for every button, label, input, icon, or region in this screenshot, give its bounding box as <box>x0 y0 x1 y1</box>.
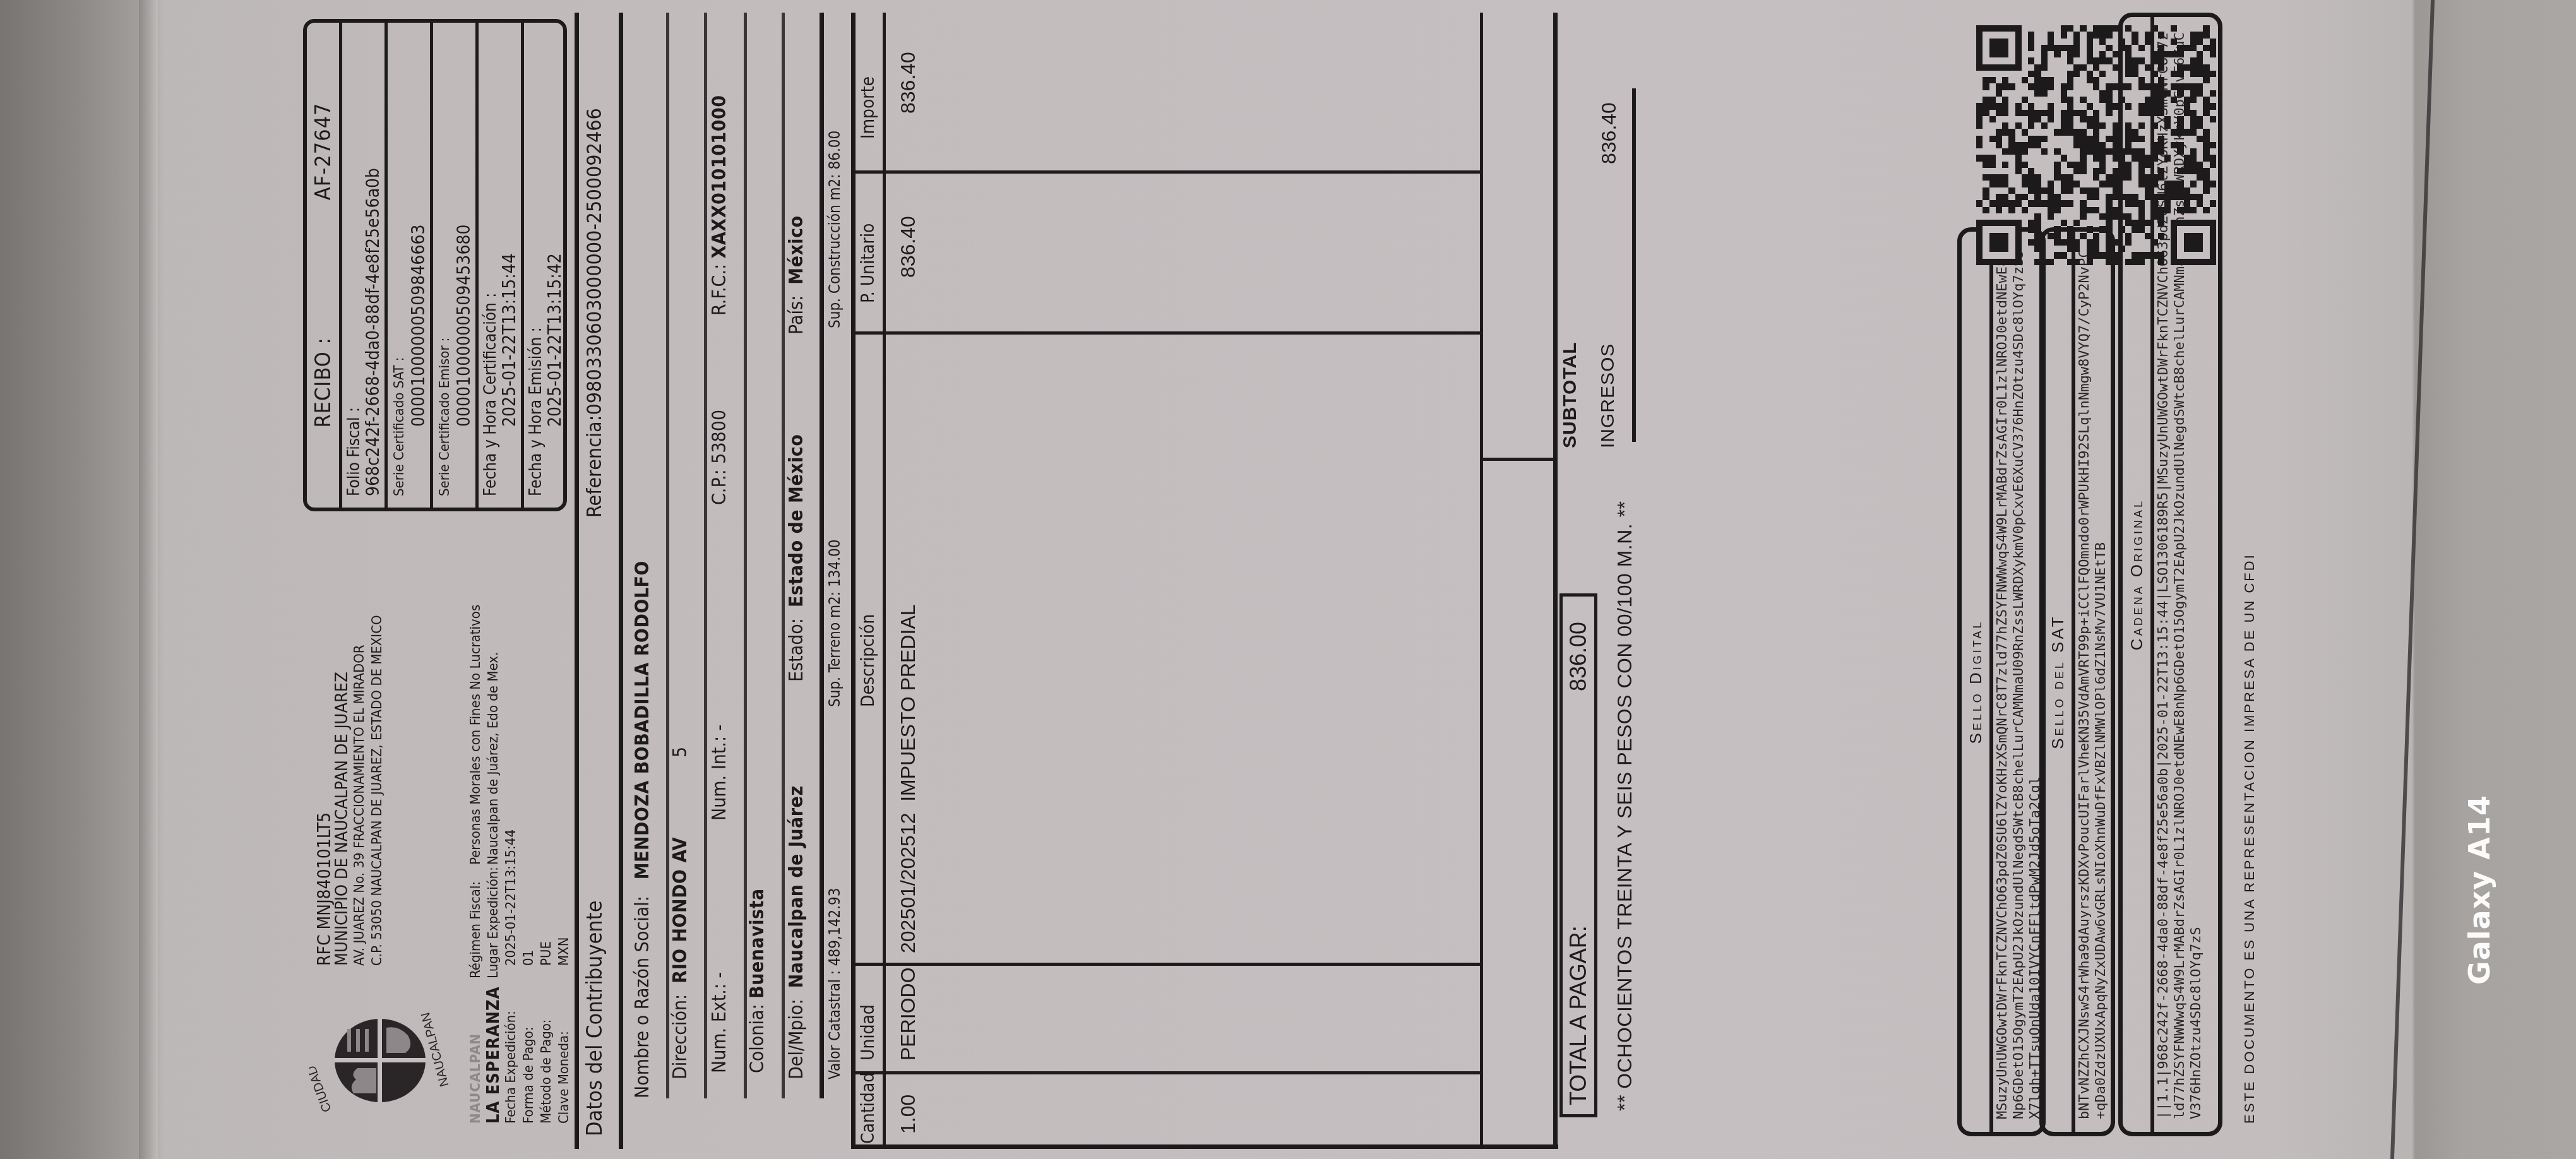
estado-value: Estado de México <box>785 434 808 607</box>
direccion-field: Dirección: RIO HONDO AV <box>669 837 691 1079</box>
fecha-expedicion-value: 2025-01-22T13:15:44 <box>503 829 520 978</box>
receipt-info-box: RECIBO : AF-27647 Folio Fiscal : 968c242… <box>303 19 567 511</box>
pais-value: México <box>785 215 808 284</box>
rfc-label: R.F.C.: <box>708 264 730 316</box>
divider <box>575 13 579 1149</box>
divider <box>619 13 623 1149</box>
colonia-label: Colonia: <box>746 1004 768 1073</box>
sello-sat-box: Sello del SAT bNTvNZZhCXJNswS4rWha9dAuyr… <box>2039 227 2115 1136</box>
total-a-pagar-box: TOTAL A PAGAR: 836.00 <box>1559 593 1597 1117</box>
folio-fiscal-value: 968c242f-2668-4da0-88df-4e8f25e56a0b <box>364 34 383 496</box>
col-divider <box>851 963 1482 966</box>
total-value: 836.00 <box>1565 622 1592 691</box>
estado-label: Estado: <box>785 618 808 682</box>
num-int-label: Num. Int.: <box>708 736 730 821</box>
serie-cert-sat-value: 00001000000509846663 <box>409 34 428 496</box>
referencia-label: Referencia: <box>582 415 606 518</box>
col-header-cantidad: Cantidad <box>857 1073 878 1144</box>
nombre-label: Nombre o Razón Social: <box>631 896 653 1098</box>
table-bottom-rule <box>1480 13 1483 1149</box>
num-ext-label: Num. Ext.: <box>708 984 730 1073</box>
forma-pago-label: Forma de Pago: <box>520 978 538 1124</box>
sello-sat-value: bNTvNZZhCXJNswS4rWha9dAuyrszKDXvPoucUIFa… <box>2075 232 2111 1132</box>
cell-unidad: PERIODO <box>897 967 920 1061</box>
slogan: LA ESPERANZA <box>485 978 503 1124</box>
naucalpan-crest-icon: CIUDAD NAUCALPAN <box>309 997 448 1124</box>
issuer-rfc: RFC MNJ840101LT5 <box>316 562 333 966</box>
sup-terreno-value: 134.00 <box>826 540 844 588</box>
table-top-rule <box>851 13 856 1149</box>
col-divider <box>851 1071 1482 1074</box>
municipio-value: Naucalpan de Juárez <box>785 785 808 988</box>
metodo-pago-value: PUE <box>538 941 556 978</box>
fecha-expedicion-label: Fecha Expedición: <box>503 978 520 1124</box>
rfc-value: XAXX010101000 <box>708 95 730 259</box>
fecha-cert-label: Fecha y Hora Certificación : <box>481 34 500 496</box>
colonia-value: Buenavista <box>746 888 768 999</box>
col-header-unidad: Unidad <box>857 1004 878 1061</box>
num-int-field: Num. Int.: - <box>708 725 730 821</box>
subtotal-label: SUBTOTAL <box>1559 342 1581 448</box>
regimen-label: Régimen Fiscal: <box>467 865 485 978</box>
ingresos-value: 836.40 <box>1597 102 1621 164</box>
num-ext-value: - <box>708 972 730 978</box>
serie-cert-emisor-label: Serie Certificado Emisor : <box>436 34 455 496</box>
estado-field: Estado: Estado de México <box>785 434 808 682</box>
device-watermark: Galaxy A14 <box>2462 795 2496 985</box>
issuer-address-line2: C.P. 53050 NAUCALPAN DE JUAREZ, ESTADO D… <box>369 562 386 966</box>
svg-text:CIUDAD: CIUDAD <box>309 1064 335 1114</box>
table-header-rule <box>883 13 886 1149</box>
forma-pago-value: 01 <box>520 950 538 978</box>
pais-label: País: <box>785 295 808 335</box>
municipio-field: Del/Mpio: Naucalpan de Juárez <box>785 785 808 1079</box>
metodo-pago-label: Método de Pago: <box>538 978 556 1124</box>
slogan-faded: NAUCALPAN <box>467 978 485 1124</box>
referencia: Referencia:0980330603000000-2500092466 <box>582 108 606 518</box>
regimen-value: Personas Morales con Fines No Lucrativos <box>467 605 485 865</box>
cell-descripcion: 202501/202512 IMPUESTO PREDIAL <box>897 604 920 953</box>
sello-digital-value: MSuzyUnUWGOwtDWrFknTCZNVChO63pdZ0SU6lZYo… <box>1993 232 2045 1132</box>
cell-cantidad: 1.00 <box>897 1095 920 1134</box>
issuer-address-line1: AV. JUAREZ No. 39 FRACCIONAMIENTO EL MIR… <box>351 562 369 966</box>
valor-catastral-label: Valor Catastral : <box>826 970 844 1079</box>
ingresos-underline <box>1632 88 1636 442</box>
issuer-fiscal-meta: NAUCALPAN Régimen Fiscal: Personas Moral… <box>467 556 573 1124</box>
col-header-descripcion: Descripción <box>857 614 878 707</box>
issuer-name: MUNICIPIO DE NAUCALPAN DE JUAREZ <box>333 562 351 966</box>
totals-rule <box>1553 13 1558 1149</box>
issuer-info: RFC MNJ840101LT5 MUNICIPIO DE NAUCALPAN … <box>316 562 386 966</box>
folio-fiscal-label: Folio Fiscal : <box>345 34 364 496</box>
sup-terreno-label: Sup. Terreno m2: <box>826 591 844 707</box>
sup-construccion-field: Sup. Construcción m2: 86.00 <box>826 131 844 328</box>
valor-catastral-field: Valor Catastral : 489,142.93 <box>826 888 844 1079</box>
sup-construccion-value: 86.00 <box>826 131 844 170</box>
contribuyente-title: Datos del Contribuyente <box>582 900 607 1136</box>
lugar-expedicion-label: Lugar Expedición: <box>485 865 503 978</box>
divider <box>782 13 785 1098</box>
direccion-numero: 5 <box>669 747 691 758</box>
valor-catastral-value: 489,142.93 <box>826 888 844 966</box>
recibo-number: AF-27647 <box>314 102 333 200</box>
cell-p-unitario: 836.40 <box>897 216 920 278</box>
col-divider <box>1480 458 1556 461</box>
sup-terreno-field: Sup. Terreno m2: 134.00 <box>826 540 844 707</box>
num-ext-field: Num. Ext.: - <box>708 972 730 1073</box>
direccion-label: Dirección: <box>669 994 691 1079</box>
col-header-importe: Importe <box>857 76 878 139</box>
recibo-label: RECIBO : <box>314 337 333 427</box>
cfdi-receipt-page: CIUDAD NAUCALPAN RFC MNJ840101LT5 MUNICI… <box>290 13 2008 1149</box>
direccion-value: RIO HONDO AV <box>669 837 691 984</box>
total-label: TOTAL A PAGAR: <box>1565 925 1592 1105</box>
pais-field: País: México <box>785 215 808 335</box>
cp-field: C.P.: 53800 <box>708 410 730 505</box>
col-divider <box>851 170 1482 174</box>
serie-cert-emisor-value: 00001000000509453680 <box>455 34 474 496</box>
col-divider <box>851 331 1482 335</box>
paper-edge <box>2390 0 2435 1159</box>
table-left-rule <box>851 1144 1558 1149</box>
colonia-field: Colonia: Buenavista <box>746 888 768 1073</box>
cfdi-disclaimer: ESTE DOCUMENTO ES UNA REPRESENTACION IMP… <box>2241 553 2258 1124</box>
lugar-expedicion-value: Naucalpan de Juárez, Edo de Mex. <box>485 652 503 865</box>
rfc-field: R.F.C.: XAXX010101000 <box>708 95 730 316</box>
municipal-logo: CIUDAD NAUCALPAN <box>309 997 448 1124</box>
sello-digital-box: Sello Digital MSuzyUnUWGOwtDWrFknTCZNVCh… <box>1957 227 2046 1136</box>
nombre-field: Nombre o Razón Social: MENDOZA BOBADILLA… <box>631 561 653 1098</box>
num-int-value: - <box>708 725 730 731</box>
col-header-p-unitario: P. Unitario <box>857 223 878 303</box>
cp-label: C.P.: <box>708 469 730 505</box>
municipio-label: Del/Mpio: <box>785 999 808 1079</box>
fecha-emision-label: Fecha y Hora Emisión : <box>527 34 546 496</box>
serie-cert-sat-label: Serie Certificado SAT : <box>390 34 409 496</box>
sup-construccion-label: Sup. Construcción m2: <box>826 174 844 328</box>
paper-fold-shadow <box>139 0 158 1159</box>
referencia-value: 0980330603000000-2500092466 <box>582 108 606 415</box>
nombre-value: MENDOZA BOBADILLA RODOLFO <box>631 561 653 879</box>
divider <box>704 13 707 1098</box>
clave-moneda-label: Clave Moneda: <box>556 978 573 1124</box>
fecha-emision-value: 2025-01-22T13:15:42 <box>546 34 564 496</box>
sello-sat-title: Sello del SAT <box>2044 232 2075 1132</box>
divider <box>820 13 824 1098</box>
clave-moneda-value: MXN <box>556 937 573 978</box>
ingresos-label: INGRESOS <box>1597 343 1619 448</box>
cp-value: 53800 <box>708 410 730 464</box>
cell-importe: 836.40 <box>897 52 920 114</box>
cfdi-qr-code-icon <box>1976 25 2216 265</box>
photo-background: Galaxy A14 CIUDAD NAUCALPAN RFC MNJ84010… <box>0 0 2576 1159</box>
sello-digital-title: Sello Digital <box>1962 232 1993 1132</box>
total-en-letra: ** OCHOCIENTOS TREINTA Y SEIS PESOS CON … <box>1613 501 1637 1111</box>
fecha-cert-value: 2025-01-22T13:15:44 <box>500 34 519 496</box>
